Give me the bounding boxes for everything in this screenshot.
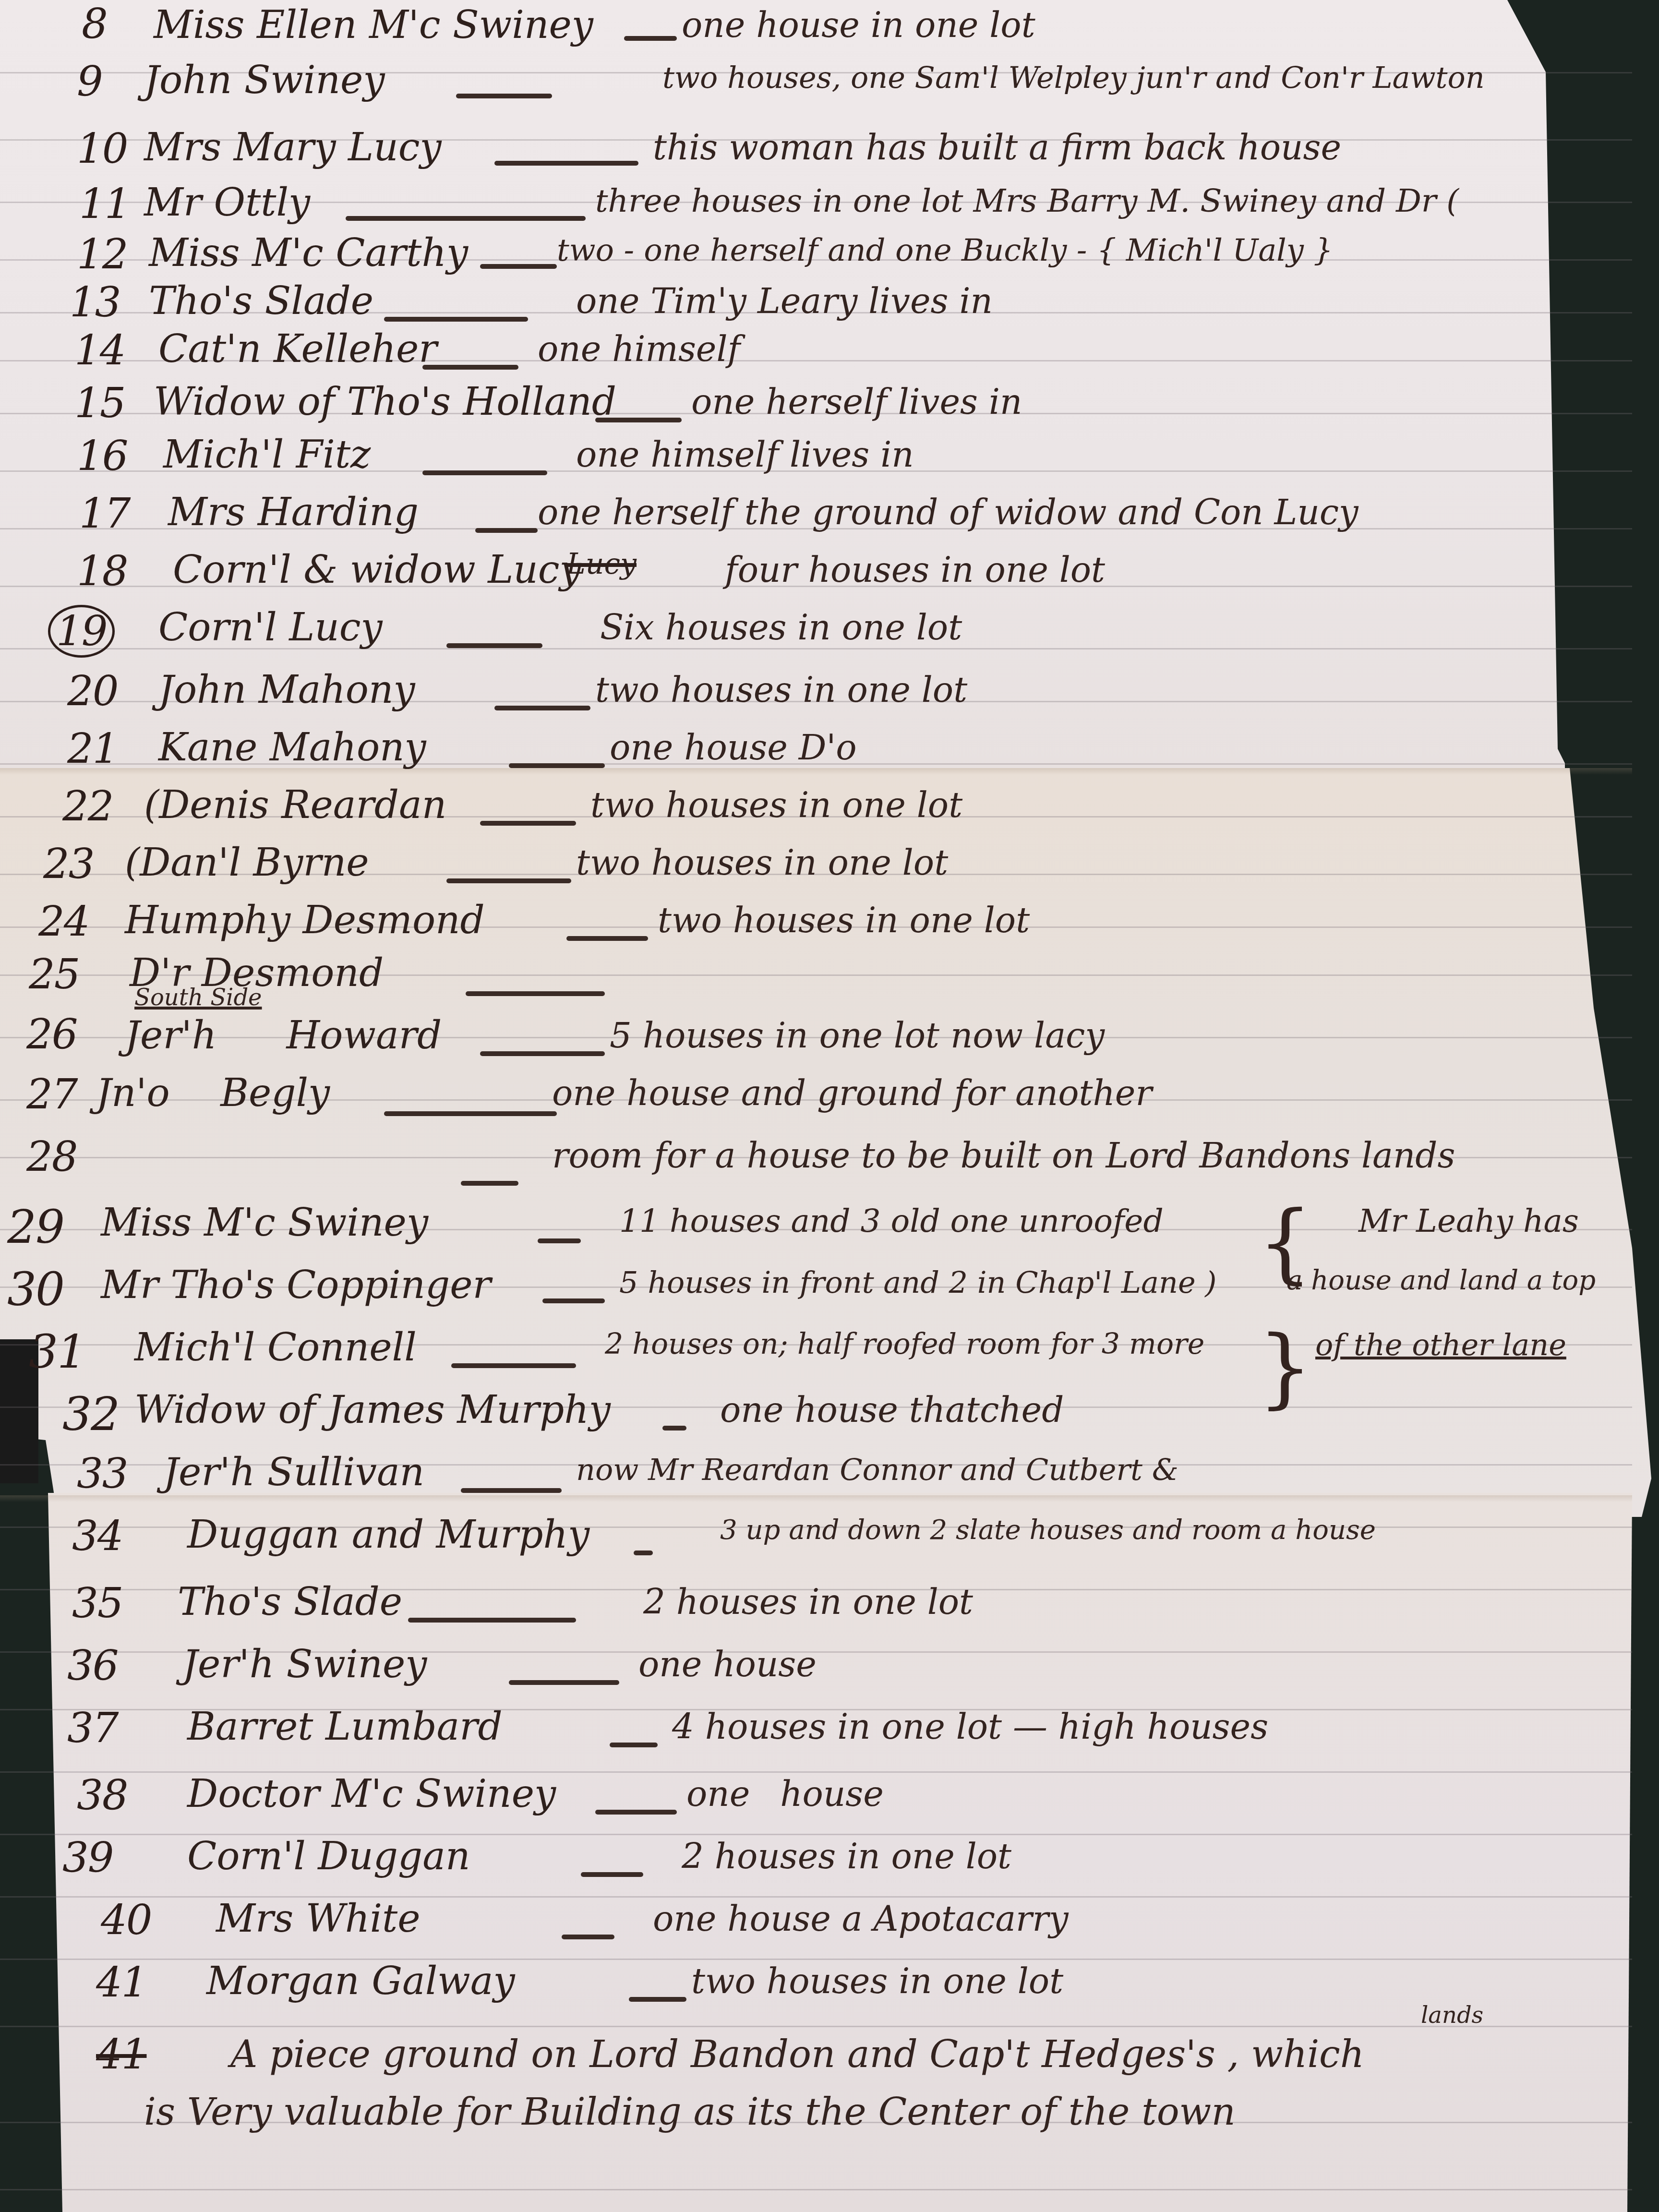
entry-number: 14 [74,326,125,374]
entry-name: Cat'n Kelleher [158,326,437,371]
entry-name: Corn'l Duggan [187,1834,470,1878]
entry-name: Mich'l Connell [134,1325,417,1370]
entry-description: 5 houses in one lot now lacy [610,1015,1105,1056]
closing-line-1: A piece ground on Lord Bandon and Cap't … [230,2033,1364,2076]
entry-description: Six houses in one lot [600,607,962,648]
entry-number: 30 [7,1262,64,1316]
entry-description: one house D'o [610,727,857,768]
entry-number: 39 [62,1834,113,1882]
list-entry: 19 Corn'l Lucy Six houses in one lot [0,595,1659,658]
inserted-word: lands [1421,2002,1483,2029]
list-entry: 41 Morgan Galway two houses in one lot [0,1949,1659,2011]
entry-name: Mich'l Fitz [163,432,371,477]
entry-number: 36 [67,1642,118,1690]
entry-description: one herself lives in [691,382,1022,422]
entry-description: one Tim'y Leary lives in [576,281,993,321]
list-entry: 34 Duggan and Murphy 3 up and down 2 sla… [0,1503,1659,1565]
list-entry: 36 Jer'h Swiney one house [0,1632,1659,1695]
entry-number-circled: 19 [48,605,115,658]
entry-description: 2 houses on; half roofed room for 3 more [605,1327,1204,1361]
entry-number: 9 [77,58,102,106]
entry-number: 21 [67,725,118,773]
entry-number: 33 [77,1450,127,1498]
entry-description: now Mr Reardan Connor and Cutbert & [576,1452,1178,1487]
entry-name: Corn'l & widow Lucy [173,547,581,592]
entry-number: 29 [7,1200,64,1254]
entry-description: 3 up and down 2 slate houses and room a … [720,1515,1376,1546]
entry-description: 2 houses in one lot [643,1582,973,1622]
entry-name: Jer'h Swiney [182,1642,427,1686]
entry-description: 4 houses in one lot — high houses [672,1707,1268,1747]
entry-name: Miss M'c Swiney [101,1200,428,1245]
entry-name: (Dan'l Byrne [125,840,369,885]
entry-name: Corn'l Lucy [158,605,383,649]
entry-description: two houses in one lot [590,785,962,825]
entry-number: 41 [96,1959,146,2007]
entry-description: this woman has built a firm back house [653,127,1341,168]
list-entry: 27 Jn'o Begly one house and ground for a… [0,1056,1659,1118]
list-entry: 22 (Denis Reardan two houses in one lot [0,773,1659,835]
entry-number: 8 [82,0,107,48]
closing-note: 41 lands A piece ground on Lord Bandon a… [0,2011,1659,2136]
entry-number: 20 [67,667,118,715]
entry-description: one house thatched [720,1390,1064,1430]
entry-description: room for a house to be built on Lord Ban… [552,1135,1455,1176]
list-entry: 40 Mrs White one house a Apotacarry [0,1887,1659,1949]
list-entry: 18 Corn'l & widow Lucy Lucy four houses … [0,538,1659,600]
entry-number: 31 [29,1325,85,1379]
list-entry: 23 (Dan'l Byrne two houses in one lot [0,830,1659,893]
entry-name: Duggan and Murphy [187,1512,589,1557]
entry-name: Widow of James Murphy [134,1387,611,1432]
margin-note: Mr Leahy has [1358,1202,1579,1239]
entry-description: two - one herself and one Buckly - { Mic… [557,233,1333,268]
entry-name: Mrs White [216,1896,420,1941]
entry-number: 34 [72,1512,122,1560]
entry-number: 10 [77,125,127,173]
list-entry: 17 Mrs Harding one herself the ground of… [0,480,1659,542]
list-entry: 37 Barret Lumbard 4 houses in one lot — … [0,1695,1659,1757]
entry-name: Widow of Tho's Holland [154,379,616,424]
entry-number: 35 [72,1579,122,1627]
entry-description: one himself lives in [576,434,914,475]
entry-number: 32 [62,1387,119,1441]
entry-number: 17 [79,490,130,538]
list-entry: 21 Kane Mahony one house D'o [0,715,1659,778]
entry-description: one house and ground for another [552,1073,1152,1113]
struck-word: Lucy [566,547,637,581]
list-entry: South Side 26 Jer'h Howard 5 houses in o… [0,989,1659,1051]
entry-number: 37 [67,1704,118,1752]
list-entry: 29 Miss M'c Swiney 11 houses and 3 old o… [0,1190,1659,1253]
list-entry: 39 Corn'l Duggan 2 houses in one lot [0,1824,1659,1887]
entry-number: 38 [77,1771,127,1819]
entry-number: 26 [26,1010,77,1058]
entry-description: 2 houses in one lot [682,1836,1011,1876]
entry-number: 23 [43,840,94,888]
entry-name: John Swiney [144,58,385,102]
entry-description: one house a Apotacarry [653,1899,1069,1939]
entry-name: Tho's Slade [178,1579,402,1624]
entry-name: (Denis Reardan [144,782,446,827]
entry-name: Mr Ottly [144,180,310,225]
manuscript-page: 8 Miss Ellen M'c Swiney one house in one… [0,0,1659,2212]
brace-mark: } [1258,1325,1313,1411]
entry-description: one herself the ground of widow and Con … [538,492,1358,532]
entry-name: Jn'o Begly [96,1070,330,1115]
entry-description: two houses, one Sam'l Welpley jun'r and … [662,60,1485,95]
entry-name: Doctor M'c Swiney [187,1771,556,1816]
margin-note: a house and land a top [1286,1265,1596,1296]
entry-name: Miss Ellen M'c Swiney [154,2,593,47]
entry-description: two houses in one lot [595,670,967,710]
entry-number: 40 [101,1896,151,1944]
entry-name: Mr Tho's Coppinger [101,1262,491,1307]
entry-description: two houses in one lot [691,1961,1063,2001]
list-entry: 33 Jer'h Sullivan now Mr Reardan Connor … [0,1440,1659,1503]
entry-number: 15 [74,379,125,427]
list-entry: 32 Widow of James Murphy one house thatc… [0,1378,1659,1440]
entry-name: Morgan Galway [206,1959,515,2003]
entry-description: one house [638,1644,817,1684]
entry-description: 11 houses and 3 old one unroofed [619,1202,1164,1239]
entry-name: Mrs Mary Lucy [144,125,442,169]
entry-description: three houses in one lot Mrs Barry M. Swi… [595,182,1459,219]
list-entry: 35 Tho's Slade 2 houses in one lot [0,1570,1659,1632]
entry-name: Barret Lumbard [187,1704,503,1749]
entry-number: 28 [26,1133,77,1181]
list-entry: 30 Mr Tho's Coppinger 5 houses in front … [0,1253,1659,1315]
list-entry: 28 room for a house to be built on Lord … [0,1118,1659,1181]
entry-number: 18 [77,547,127,595]
entry-description: one house in one lot [682,5,1035,45]
entry-name: Humphy Desmond [125,898,485,942]
entry-number: 27 [26,1070,77,1118]
list-entry: 38 Doctor M'c Swiney one house [0,1762,1659,1824]
entry-description: 5 houses in front and 2 in Chap'l Lane ) [619,1265,1216,1300]
entry-description: one house [686,1774,884,1814]
entry-number: 22 [62,782,113,830]
entry-name: Jer'h Howard [125,1013,442,1058]
list-entry: 31 Mich'l Connell 2 houses on; half roof… [0,1315,1659,1378]
entry-number: 24 [38,898,89,946]
entry-heading-note: South Side [134,984,262,1011]
margin-note: of the other lane [1315,1327,1566,1362]
entry-number: 16 [77,432,127,480]
entry-description: two houses in one lot [576,842,948,883]
entry-name: Kane Mahony [158,725,426,769]
entry-name: Mrs Harding [168,490,419,534]
list-entry: 9 John Swiney two houses, one Sam'l Welp… [0,48,1659,110]
entry-name: John Mahony [158,667,415,712]
list-entry: 20 John Mahony two houses in one lot [0,658,1659,720]
entry-description: four houses in one lot [725,550,1105,590]
struck-entry-number: 41 [96,2031,146,2079]
brace-mark: { [1258,1200,1313,1286]
list-entry: 16 Mich'l Fitz one himself lives in [0,422,1659,485]
entry-description: two houses in one lot [658,900,1030,940]
entry-description: one himself [538,329,740,369]
entry-name: Jer'h Sullivan [163,1450,424,1494]
closing-line-2: is Very valuable for Building as its the… [144,2091,1236,2134]
